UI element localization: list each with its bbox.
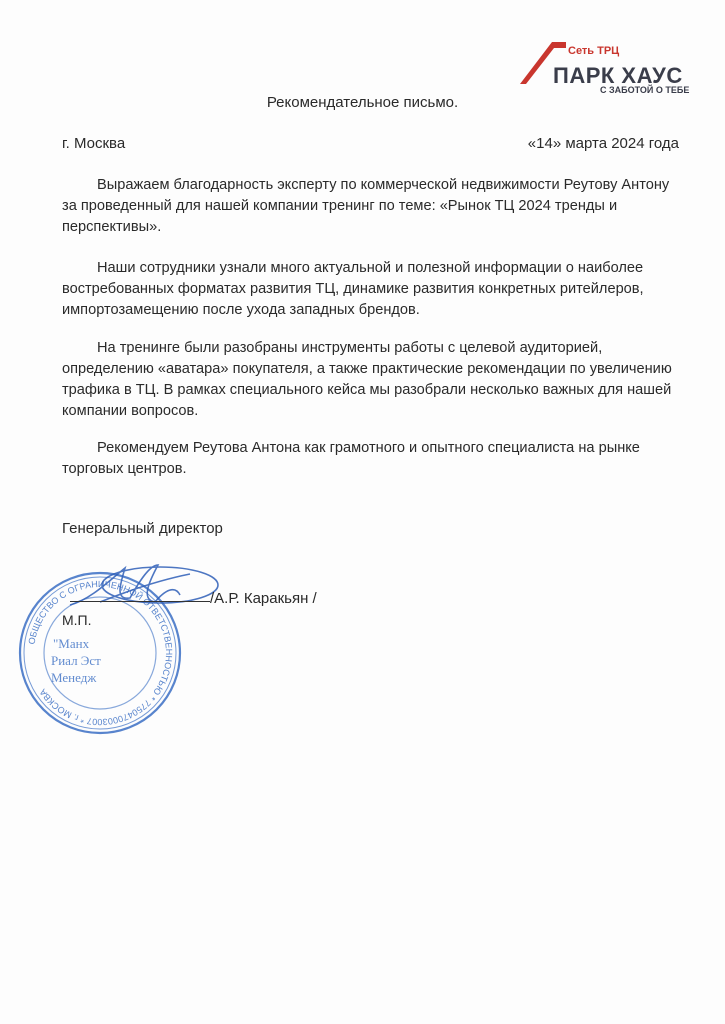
letter-city: г. Москва <box>62 135 125 152</box>
letter-date: «14» марта 2024 года <box>528 135 679 152</box>
paragraph-recommendation: Рекомендуем Реутова Антона как грамотног… <box>62 438 682 480</box>
signature-line <box>70 601 210 602</box>
paragraph-gratitude: Выражаем благодарность эксперту по комме… <box>62 175 682 238</box>
letter-page: Сеть ТРЦ ПАРК ХАУС С ЗАБОТОЙ О ТЕБЕ Реко… <box>0 0 725 1024</box>
seal-label: М.П. <box>62 612 92 628</box>
letter-title: Рекомендательное письмо. <box>0 94 725 111</box>
signer-position: Генеральный директор <box>62 520 223 537</box>
logo-network-text: Сеть ТРЦ <box>568 45 619 57</box>
paragraph-training-content: На тренинге были разобраны инструменты р… <box>62 338 682 422</box>
company-logo: Сеть ТРЦ ПАРК ХАУС С ЗАБОТОЙ О ТЕБЕ <box>518 36 713 100</box>
paragraph-learnings: Наши сотрудники узнали много актуальной … <box>62 258 682 321</box>
svg-text:Риал Эст: Риал Эст <box>51 653 101 668</box>
svg-text:"Манх: "Манх <box>53 636 90 651</box>
signer-name: /А.Р. Каракьян / <box>210 590 317 607</box>
svg-text:Менедж: Менедж <box>51 670 97 685</box>
